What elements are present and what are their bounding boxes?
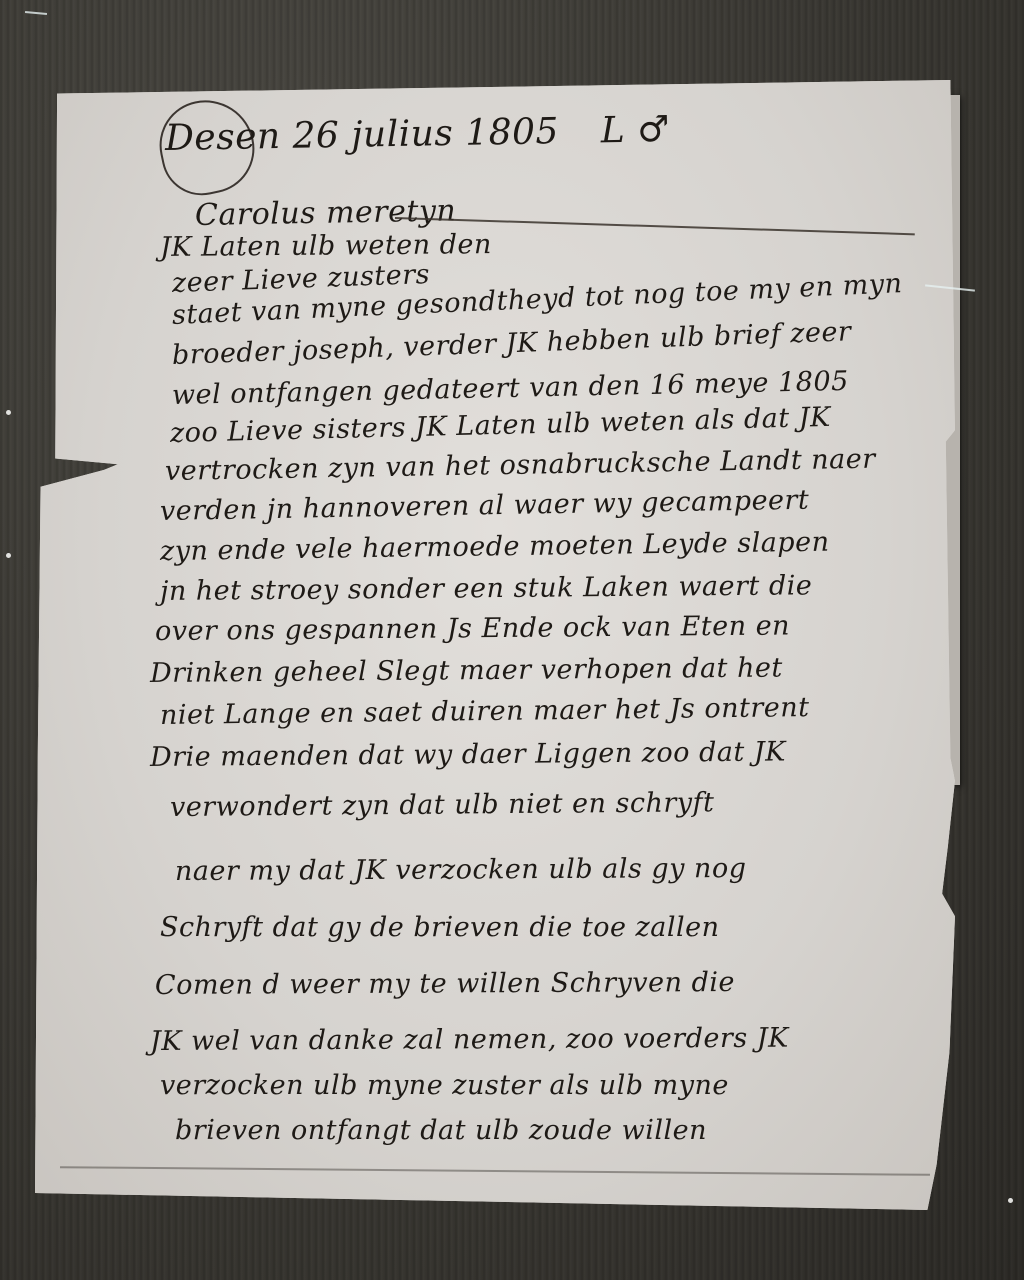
body-line-20: verzocken ulb myne zuster als ulb myne <box>160 1070 729 1101</box>
body-line-12: Drinken geheel Slegt maer verhopen dat h… <box>150 652 783 689</box>
body-line-10: jn het stroey sonder een stuk Laken waer… <box>160 570 813 607</box>
body-line-14: Drie maenden dat wy daer Liggen zoo dat … <box>150 736 786 773</box>
header-mark: L ♂ <box>600 109 670 151</box>
dust-speck <box>1008 1198 1013 1203</box>
body-line-11: over ons gespannen Js Ende ock van Eten … <box>155 610 790 647</box>
body-line-1: JK Laten ulb weten den <box>160 229 492 263</box>
salutation-name: Carolus meretyn <box>195 193 457 233</box>
body-line-16: naer my dat JK verzocken ulb als gy nog <box>175 853 747 887</box>
body-line-21: brieven ontfangt dat ulb zoude willen <box>175 1115 707 1146</box>
dust-speck <box>6 553 11 558</box>
body-line-19: JK wel van danke zal nemen, zoo voerders… <box>150 1023 789 1057</box>
dust-speck <box>6 410 11 415</box>
date-text: Desen 26 julius 1805 <box>165 111 560 159</box>
signature-text: Carolus meretyn <box>195 193 457 233</box>
body-line-18: Comen d weer my te willen Schryven die <box>155 967 735 1001</box>
body-line-17: Schryft dat gy de brieven die toe zallen <box>160 912 720 943</box>
film-scratch <box>25 11 47 15</box>
body-line-15: verwondert zyn dat ulb niet en schryft <box>170 787 715 823</box>
